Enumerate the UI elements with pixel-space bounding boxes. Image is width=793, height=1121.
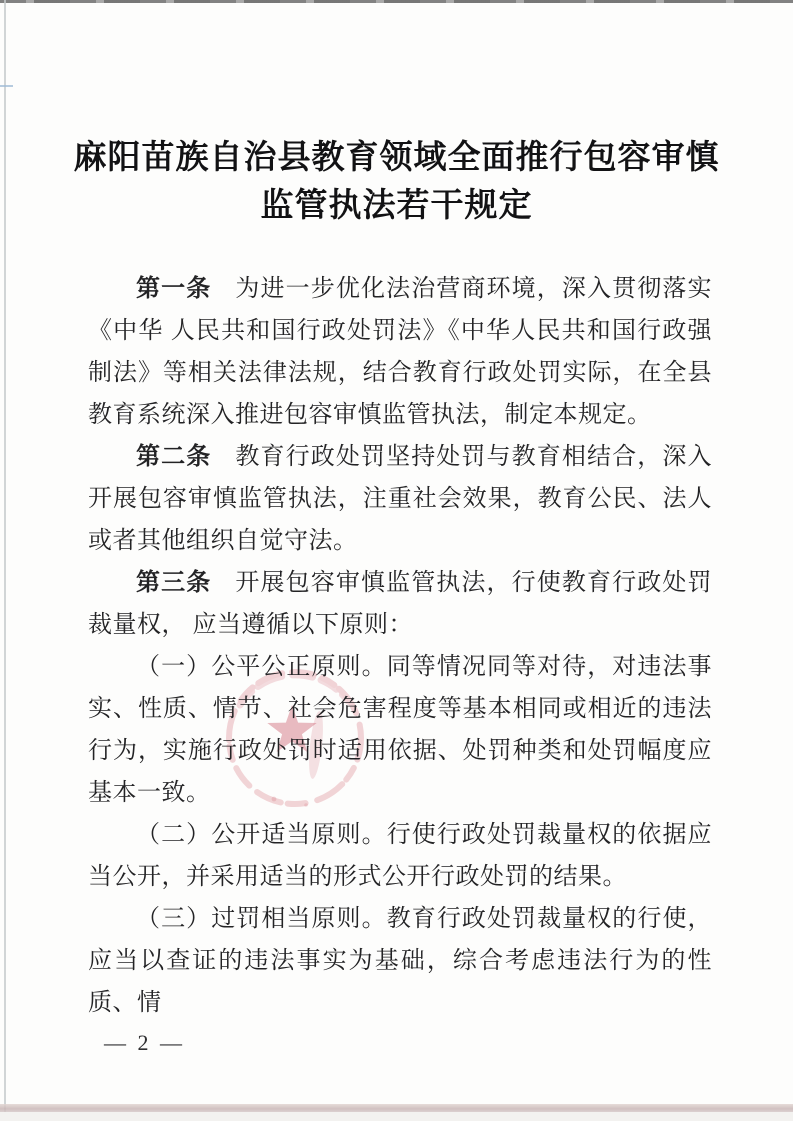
paragraph: 第二条教育行政处罚坚持处罚与教育相结合，深入开展包容审慎监管执法，注重社会效果，… [88,436,712,562]
scan-edge-top [0,0,793,3]
scan-edge-bottom-shadow [0,1112,793,1121]
paragraph-label: 第三条 [136,570,211,596]
paragraph-label: （二） [136,822,211,848]
paragraph: （一）公平公正原则。同等情况同等对待，对违法事实、性质、情节、社会危害程度等基本… [88,646,712,814]
paragraph: （三）过罚相当原则。教育行政处罚裁量权的行使，应当以查证的违法事实为基础，综合考… [88,898,712,1024]
document-title-line2: 监管执法若干规定 [40,182,753,230]
scan-edge-bottom [0,1104,793,1112]
paragraph-label: （一） [136,654,211,680]
scanned-document-page: 麻阳苗族自治县教育领域全面推行包容审慎 监管执法若干规定 第一条为进一步优化法治… [0,0,793,1121]
paragraph: （二）公开适当原则。行使行政处罚裁量权的依据应当公开，并采用适当的形式公开行政处… [88,814,712,898]
paragraph: 第三条开展包容审慎监管执法，行使教育行政处罚裁量权， 应当遵循以下原则： [88,562,712,646]
paragraph-label: （三） [136,906,211,932]
document-body: 第一条为进一步优化法治营商环境，深入贯彻落实《中华 人民共和国行政处罚法》《中华… [88,268,712,1024]
paragraph: 第一条为进一步优化法治营商环境，深入贯彻落实《中华 人民共和国行政处罚法》《中华… [88,268,712,436]
document-title: 麻阳苗族自治县教育领域全面推行包容审慎 监管执法若干规定 [40,134,753,230]
paragraph-label: 第一条 [136,276,211,302]
page-number: — 2 — [104,1030,185,1056]
paragraph-label: 第二条 [136,444,211,470]
scan-edge-left [4,0,6,1121]
document-title-line1: 麻阳苗族自治县教育领域全面推行包容审慎 [40,134,753,182]
scan-edge-tick [0,85,13,87]
